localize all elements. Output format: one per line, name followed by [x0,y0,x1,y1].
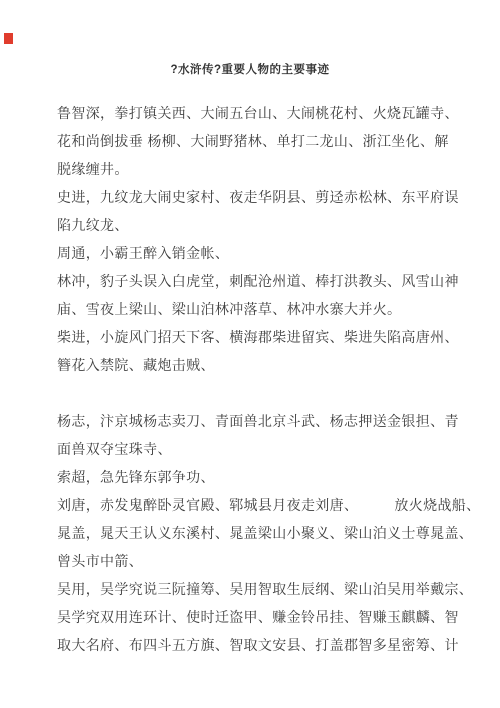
body-line: 周通，小霸王醉入销金帐、 [57,239,459,267]
body-line: 曾头市中箭、 [57,547,459,575]
body-line: 杨志，汴京城杨志卖刀、青面兽北京斗武、杨志押送金银担、青 [57,407,459,435]
body-line: 簪花入禁院、藏炮击贼、 [57,351,459,379]
body-line-blank [57,379,459,407]
body-line: 晁盖，晁天王认义东溪村、晁盖梁山小聚义、梁山泊义士尊晁盖、 [57,519,459,547]
body-line: 庙、雪夜上梁山、梁山泊林冲落草、林冲水寨大并火。 [57,295,459,323]
body-line: 吴用，吴学究说三阮撞筹、吴用智取生辰纲、梁山泊吴用举戴宗、 [57,575,459,603]
body-line: 脱缘缠井。 [57,155,459,183]
body-line: 面兽双夺宝珠寺、 [57,435,459,463]
body-line: 林冲，豹子头误入白虎堂，刺配沧州道、棒打洪教头、风雪山神 [57,267,459,295]
page-title: ?水浒传?重要人物的主要事迹 [0,62,500,78]
body-line: 取大名府、布四斗五方旗、智取文安县、打盖郡智多星密筹、计 [57,631,459,659]
document-body: 鲁智深，拳打镇关西、大闹五台山、大闹桃花村、火烧瓦罐寺、 花和尚倒拔垂 杨柳、大… [57,99,459,659]
body-line: 陷九纹龙、 [57,211,459,239]
body-line: 史进，九纹龙大闹史家村、夜走华阴县、剪迳赤松林、东平府误 [57,183,459,211]
body-line: 花和尚倒拔垂 杨柳、大闹野猪林、单打二龙山、浙江坐化、解 [57,127,459,155]
body-line: 柴进，小旋风门招天下客、横海郡柴进留宾、柴进失陷高唐州、 [57,323,459,351]
body-line: 吴学究双用连环计、使时迁盗甲、赚金铃吊挂、智赚玉麒麟、智 [57,603,459,631]
body-line: 鲁智深，拳打镇关西、大闹五台山、大闹桃花村、火烧瓦罐寺、 [57,99,459,127]
red-corner-marker [4,33,13,44]
body-line: 刘唐，赤发鬼醉卧灵官殿、郓城县月夜走刘唐、 放火烧战船、 [57,491,459,519]
body-line: 索超，急先锋东郭争功、 [57,463,459,491]
document-page: ?水浒传?重要人物的主要事迹 鲁智深，拳打镇关西、大闹五台山、大闹桃花村、火烧瓦… [0,0,500,708]
